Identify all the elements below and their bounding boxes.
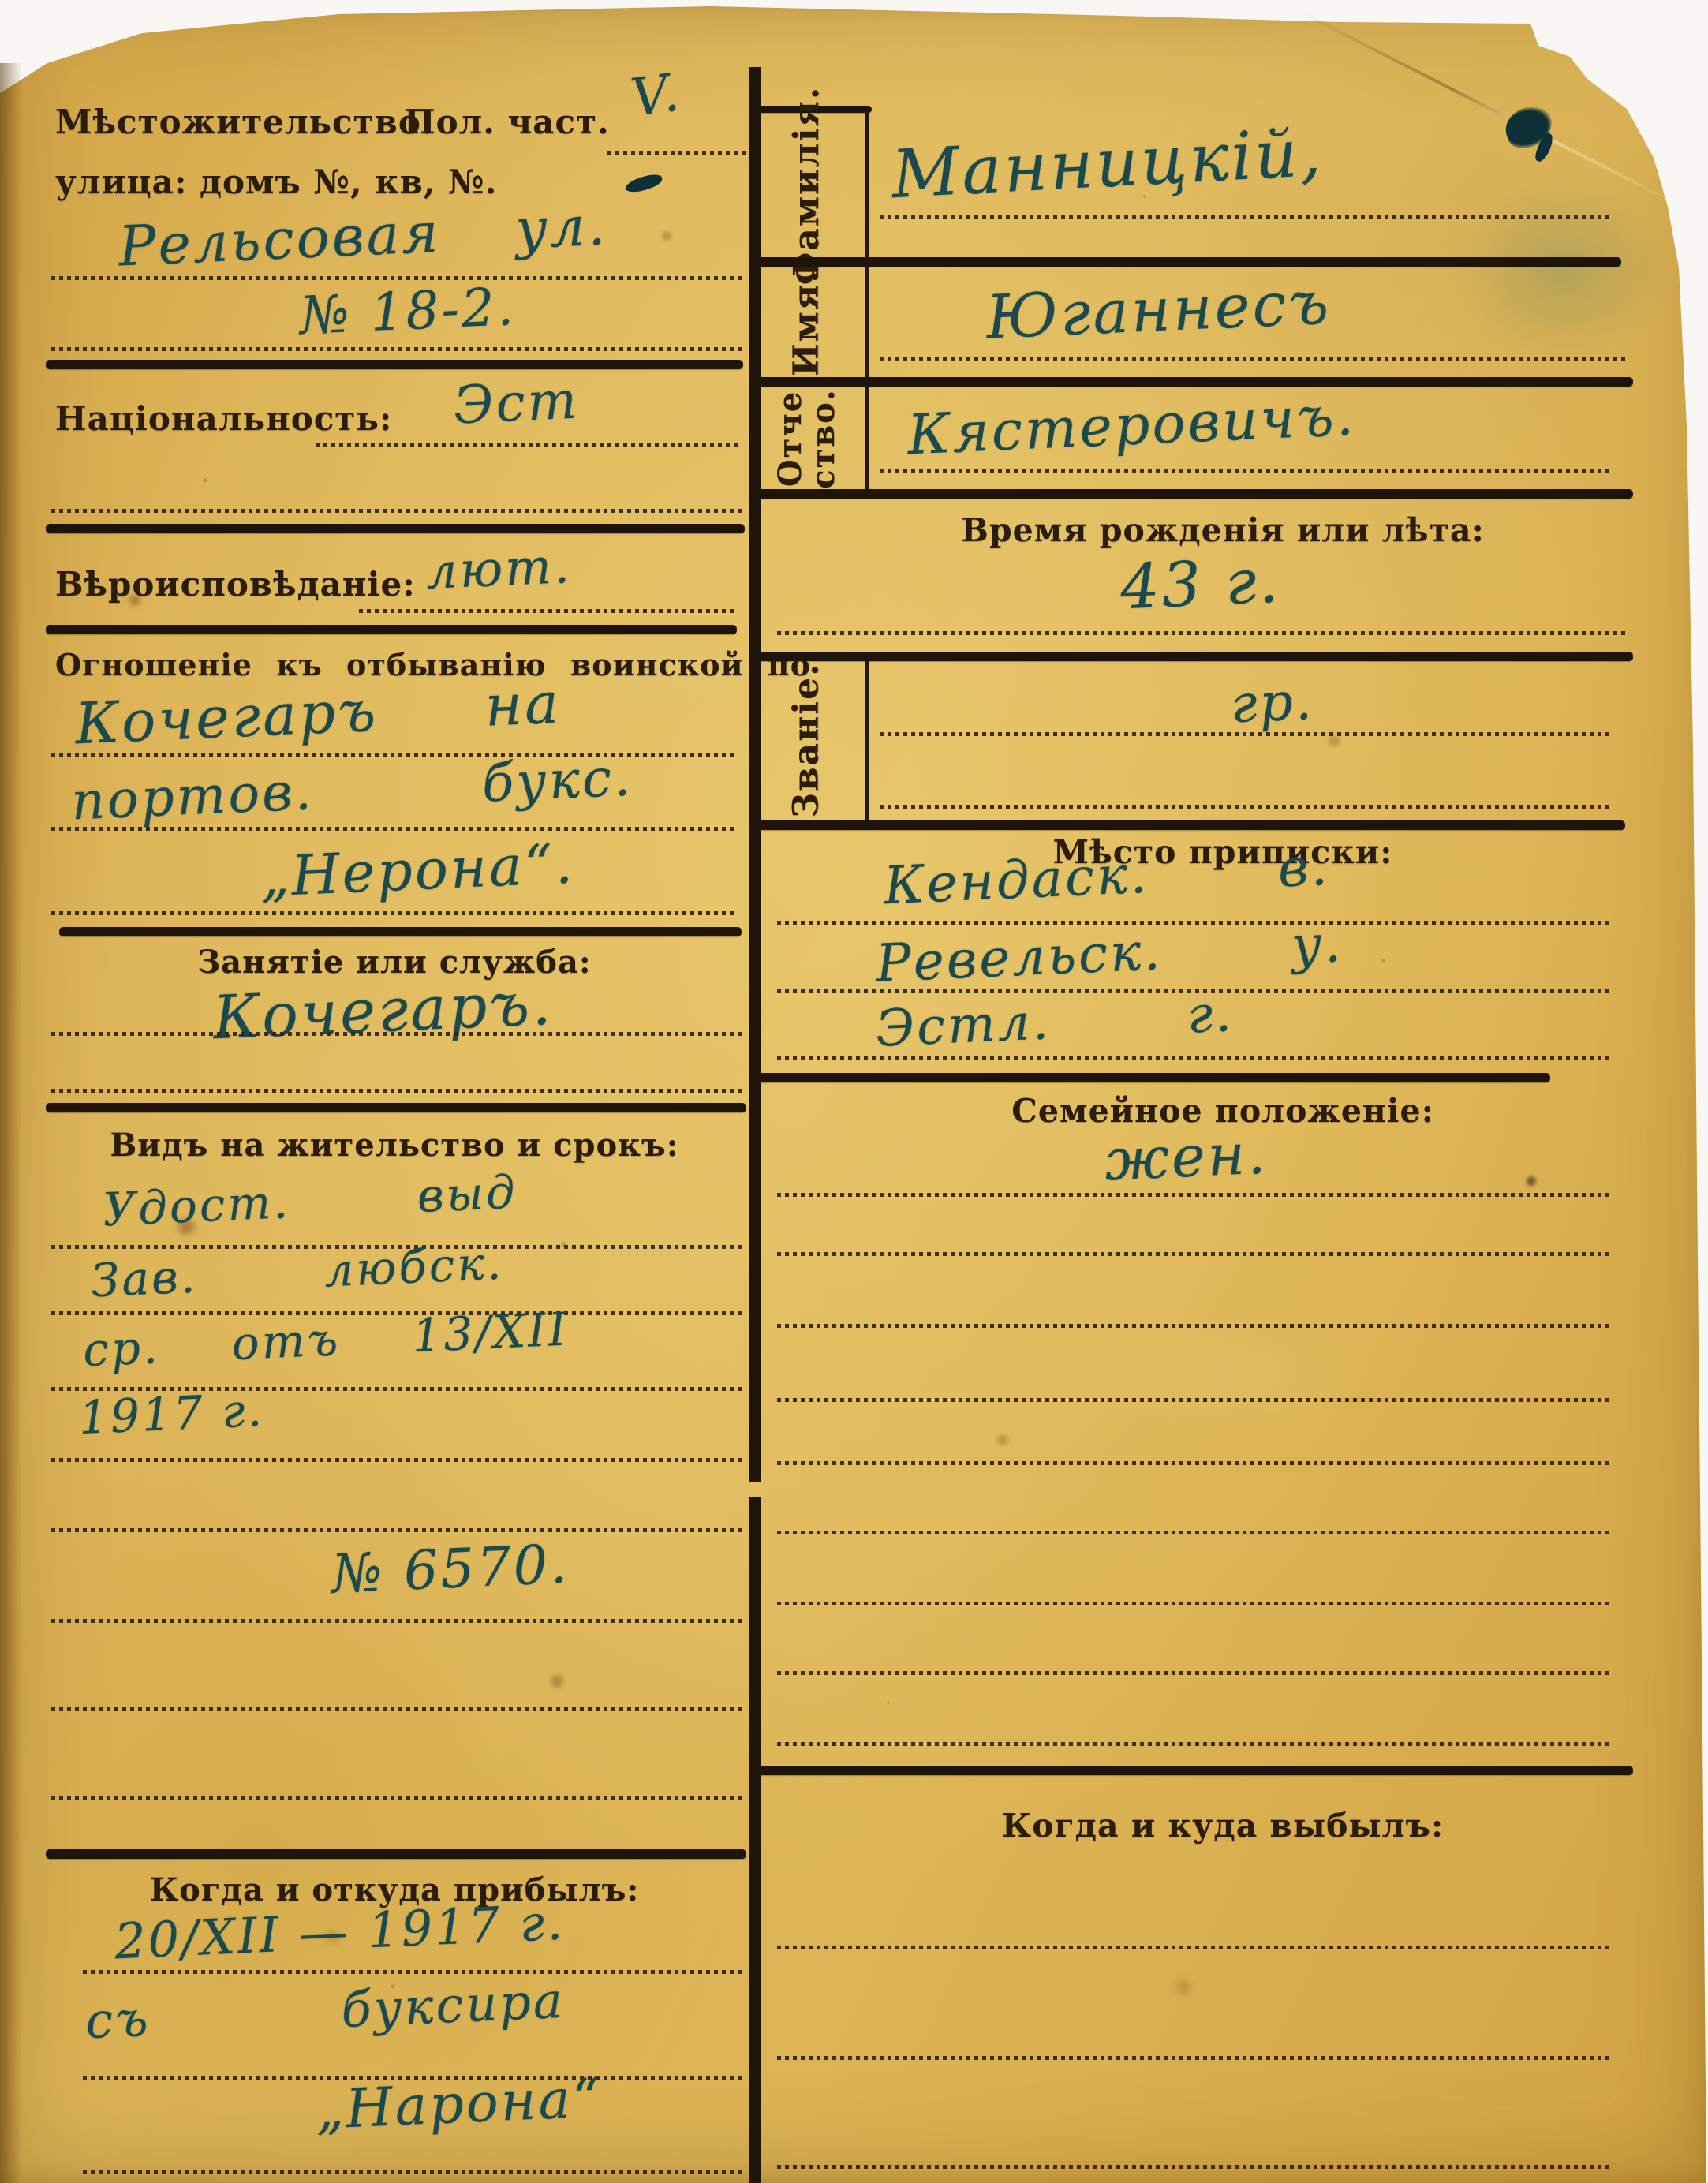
- surname-label-cell: Фамилія.: [749, 110, 865, 260]
- dotted-line: [51, 347, 742, 351]
- dotted-line: [51, 1796, 746, 1800]
- dotted-line: [777, 1671, 1613, 1675]
- dotted-line: [777, 1056, 1609, 1060]
- dotted-line: [51, 827, 738, 831]
- family-status-value-handwritten: жен.: [1103, 1120, 1269, 1194]
- birth-age-value-handwritten: 43 г.: [1119, 546, 1282, 624]
- dotted-line: [83, 1970, 742, 1974]
- section-divider: [46, 1849, 746, 1859]
- nationality-label: Національность:: [55, 399, 392, 438]
- house-number-handwritten: № 18-2.: [298, 276, 517, 346]
- residence-permit-label: Видъ на жительство и срокъ:: [47, 1127, 742, 1164]
- dotted-line: [777, 1252, 1613, 1256]
- section-divider: [46, 524, 745, 533]
- dotted-line: [880, 357, 1629, 361]
- departure-label: Когда и куда выбылъ:: [757, 1807, 1688, 1845]
- scanned-registration-card: Мѣстожительство: Пол. част. V. улица: до…: [0, 0, 1708, 2183]
- label-cell-border: [865, 110, 869, 260]
- patronymic-label-cell: Отче ство.: [749, 385, 865, 492]
- dotted-line: [777, 1946, 1613, 1949]
- dotted-line: [51, 1458, 746, 1462]
- name-label: Имя.: [789, 269, 825, 376]
- dotted-line: [607, 151, 746, 155]
- arrival-line3-handwritten: „Нарона“: [314, 2067, 604, 2142]
- dotted-line: [777, 1324, 1613, 1328]
- section-divider: [46, 1103, 746, 1112]
- permit-number-handwritten: № 6570.: [330, 1533, 570, 1605]
- dotted-line: [51, 1707, 746, 1711]
- dotted-line: [880, 732, 1609, 736]
- residence-label: Мѣстожительство:: [55, 103, 434, 141]
- military-value-line3-handwritten: „Нерона“.: [259, 831, 576, 909]
- label-cell-border: [865, 385, 869, 492]
- dotted-line: [51, 1619, 746, 1623]
- dotted-line: [51, 509, 746, 513]
- section-divider: [46, 625, 737, 634]
- dotted-line: [51, 1089, 746, 1093]
- dotted-line: [51, 911, 738, 915]
- dotted-line: [777, 2056, 1613, 2060]
- religion-value-handwritten: лют.: [424, 536, 573, 600]
- dotted-line: [880, 215, 1609, 219]
- name-label-cell: Имя.: [749, 267, 865, 379]
- rank-label-cell: Званіе.: [749, 660, 865, 820]
- section-divider: [749, 257, 1621, 267]
- police-part-label: Пол. част.: [404, 103, 610, 141]
- dotted-line: [777, 2165, 1613, 2169]
- dotted-line: [51, 1528, 746, 1532]
- dotted-line: [777, 1531, 1613, 1534]
- occupation-value-handwritten: Кочегаръ.: [211, 968, 554, 1053]
- dotted-line: [777, 1602, 1613, 1605]
- dotted-line: [880, 805, 1609, 809]
- nationality-value-handwritten: Эст: [452, 370, 580, 436]
- rank-label: Званіе.: [789, 662, 825, 817]
- label-cell-border: [865, 267, 869, 379]
- religion-label: Вѣроисповѣданіе:: [55, 565, 416, 604]
- dotted-line: [777, 1398, 1613, 1402]
- surname-label: Фамилія.: [789, 86, 825, 286]
- name-value-handwritten: Юганнесъ: [985, 267, 1332, 353]
- section-divider: [59, 927, 742, 936]
- dotted-line: [316, 443, 742, 447]
- birth-age-label: Время рожденія или лѣта:: [757, 511, 1688, 549]
- dotted-line: [880, 469, 1609, 473]
- dotted-line: [51, 276, 742, 280]
- section-divider: [749, 377, 1633, 387]
- permit-line4-handwritten: 1917 г.: [78, 1383, 266, 1445]
- section-divider: [46, 360, 743, 369]
- section-divider: [749, 1073, 1550, 1082]
- dotted-line: [777, 1193, 1613, 1197]
- dotted-line: [359, 609, 738, 613]
- dotted-line: [83, 2170, 742, 2174]
- paper-stains: [0, 0, 5, 5]
- rank-value-handwritten: гр.: [1229, 671, 1315, 735]
- label-cell-border: [865, 660, 869, 820]
- dotted-line: [777, 1461, 1613, 1465]
- dotted-line: [777, 631, 1625, 635]
- patronymic-label: Отче ство.: [774, 388, 840, 489]
- section-divider: [749, 652, 1633, 661]
- dotted-line: [51, 1032, 746, 1036]
- section-divider: [749, 820, 1625, 830]
- police-part-value-handwritten: V.: [627, 62, 685, 129]
- section-divider: [749, 489, 1633, 499]
- street-label: улица: домъ №, кв, №.: [55, 163, 497, 201]
- dotted-line: [777, 1742, 1613, 1746]
- section-divider: [749, 1766, 1633, 1775]
